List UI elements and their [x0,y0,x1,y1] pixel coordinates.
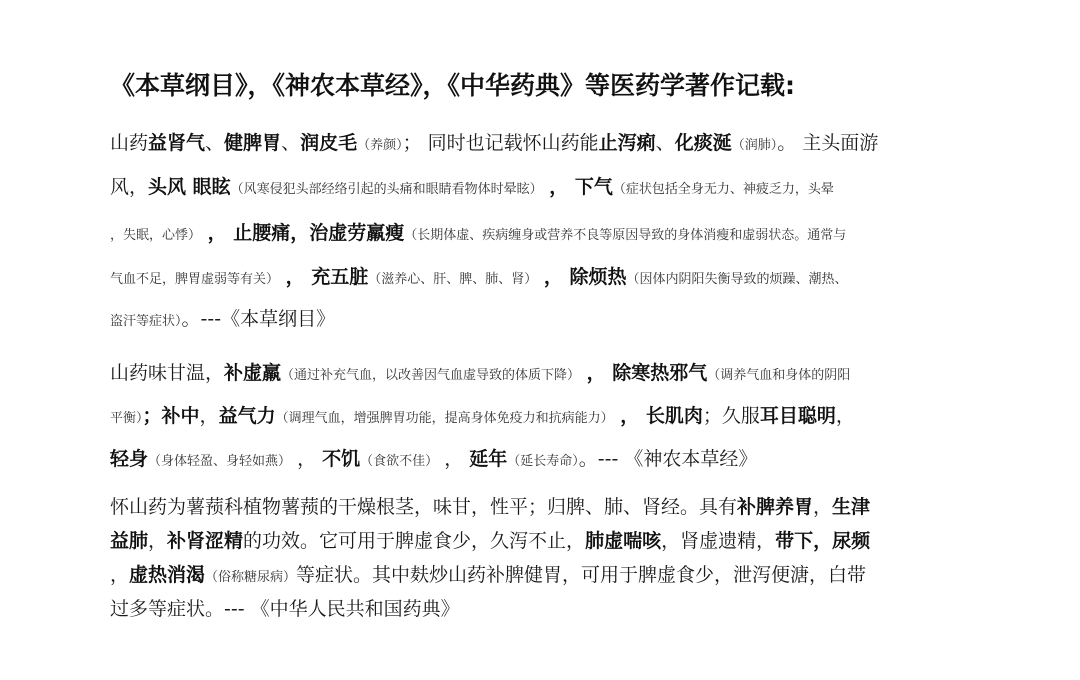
body-text: ， [200,405,219,427]
body-text: ；久服 [703,405,760,427]
body-text: 怀山药为薯蓣科植物薯蓣的干燥根茎，味甘，性平；归脾、肺、肾经。具有 [110,496,737,518]
bold-term: 补虚羸 [224,362,281,384]
body-text: ； 同时也记载怀山药能 [403,132,599,154]
annotation-note: （因体内阴阳失衡导致的烦躁、潮热、 [627,272,848,287]
bold-term: 补肾涩精 [167,530,243,552]
bold-term: 健脾胃 [224,132,281,154]
bold-term: 益气力 [219,405,276,427]
bold-term: ， [614,405,646,427]
bold-term: ， [813,530,832,552]
paragraph-1-line: 风，头风 眼眩（风寒侵犯头部经络引起的头痛和眼睛看物体时晕眩） ， 下气（症状包… [110,172,834,199]
body-text: 过多等症状。--- 《中华人民共和国药典》 [110,598,460,620]
annotation-note: 盗汗等症状） [110,314,182,329]
annotation-note: （身体轻盈、身轻如燕） [148,454,291,469]
body-text: ， [836,405,855,427]
paragraph-2-line: 轻身（身体轻盈、身轻如燕） ， 不饥（食欲不佳） ， 延年（延长寿命）。--- … [110,444,757,471]
annotation-note: （俗称糖尿病） [205,570,296,585]
body-text: 、 [205,132,224,154]
annotation-note: （润肺） [732,138,778,153]
body-text: 风， [110,176,148,198]
annotation-note: （调养气血和身体的阴阳 [707,368,850,383]
body-text: 山药味甘温， [110,362,224,384]
bold-term: ， [201,222,233,244]
body-text: ，肾虚遗精， [661,530,775,552]
bold-term: ， [543,176,575,198]
bold-term: 治虚劳羸瘦 [309,222,404,244]
bold-term: 延年 [469,448,507,470]
bold-term: 长肌肉 [646,405,703,427]
bold-term: 除烦热 [570,266,627,288]
bold-term: 头风 眼眩 [148,176,231,198]
bold-term: 益肺 [110,530,148,552]
bold-term: ， [279,266,311,288]
body-text: 山药 [110,132,148,154]
paragraph-2-line: 山药味甘温，补虚羸（通过补充气血，以改善因气血虚导致的体质下降） ， 除寒热邪气… [110,358,850,385]
bold-term: 化痰涎 [675,132,732,154]
body-text: ， [813,496,832,518]
paragraph-3-line: 怀山药为薯蓣科植物薯蓣的干燥根茎，味甘，性平；归脾、肺、肾经。具有补脾养胃，生津 [110,492,870,519]
bold-term: 补脾养胃 [737,496,813,518]
bold-term: 充五脏 [311,266,368,288]
bold-term: 尿频 [832,530,870,552]
body-text: 等症状。其中麸炒山药补脾健胃，可用于脾虚食少，泄泻便溏，白带 [296,564,866,586]
annotation-note: （长期体虚、疾病缠身或营养不良等原因导致的身体消瘦和虚弱状态。通常与 [404,228,846,243]
annotation-note: 平衡） [110,411,143,426]
annotation-note: （食欲不佳） [360,454,438,469]
bold-term: ； [143,405,162,427]
paragraph-2-line: 平衡）；补中，益气力（调理气血，增强脾胃功能，提高身体免疫力和抗病能力） ， 长… [110,401,855,428]
annotation-note: ，失眠，心悸） [110,228,201,243]
bold-term: 润皮毛 [300,132,357,154]
annotation-note: （养颜） [357,138,403,153]
body-text: ， [291,448,322,470]
body-text: ， [110,564,129,586]
page-title: 《本草纲目》，《神农本草经》，《中华药典》等医药学著作记载: [110,66,795,102]
bold-term: 益肾气 [148,132,205,154]
paragraph-3-line: ，虚热消渴（俗称糖尿病）等症状。其中麸炒山药补脾健胃，可用于脾虚食少，泄泻便溏，… [110,560,866,587]
bold-term: ， [290,222,309,244]
body-text: ， [438,448,469,470]
body-text: 。--- 《神农本草经》 [579,448,758,470]
bold-term: 不饥 [322,448,360,470]
bold-term: 肺虚喘咳 [585,530,661,552]
bold-term: 下气 [575,176,613,198]
body-text: 。 主头面游 [777,132,878,154]
annotation-note: （滋养心、肝、脾、肺、肾） [368,272,537,287]
paragraph-1-line: ，失眠，心悸） ， 止腰痛，治虚劳羸瘦（长期体虚、疾病缠身或营养不良等原因导致的… [110,218,846,245]
body-text: 、 [656,132,675,154]
body-text: 。---《本草纲目》 [182,308,336,330]
body-text: 的功效。它可用于脾虚食少，久泻不止， [243,530,585,552]
bold-term: 除寒热邪气 [612,362,707,384]
bold-term: 止泻痢 [599,132,656,154]
bold-term: 轻身 [110,448,148,470]
paragraph-3-line: 过多等症状。--- 《中华人民共和国药典》 [110,594,460,621]
annotation-note: （通过补充气血，以改善因气血虚导致的体质下降） [281,368,580,383]
bold-term: 耳目聪明 [760,405,836,427]
annotation-note: （症状包括全身无力、神疲乏力，头晕 [613,182,834,197]
paragraph-1-line: 山药益肾气、健脾胃、润皮毛（养颜）； 同时也记载怀山药能止泻痢、化痰涎（润肺）。… [110,128,878,155]
bold-term: ， [537,266,569,288]
paragraph-1-line: 盗汗等症状）。---《本草纲目》 [110,304,335,331]
bold-term: 补中 [162,405,200,427]
bold-term: 止腰痛 [233,222,290,244]
annotation-note: （风寒侵犯头部经络引起的头痛和眼睛看物体时晕眩） [231,182,543,197]
body-text: ， [148,530,167,552]
annotation-note: 气血不足，脾胃虚弱等有关） [110,272,279,287]
bold-term: ， [580,362,612,384]
bold-term: 带下 [775,530,813,552]
annotation-note: （调理气血，增强脾胃功能，提高身体免疫力和抗病能力） [276,411,614,426]
paragraph-3-line: 益肺，补肾涩精的功效。它可用于脾虚食少，久泻不止，肺虚喘咳，肾虚遗精，带下，尿频 [110,526,870,553]
bold-term: 生津 [832,496,870,518]
bold-term: 虚热消渴 [129,564,205,586]
annotation-note: （延长寿命） [507,454,579,469]
paragraph-1-line: 气血不足，脾胃虚弱等有关） ， 充五脏（滋养心、肝、脾、肺、肾） ， 除烦热（因… [110,262,848,289]
body-text: 、 [281,132,300,154]
